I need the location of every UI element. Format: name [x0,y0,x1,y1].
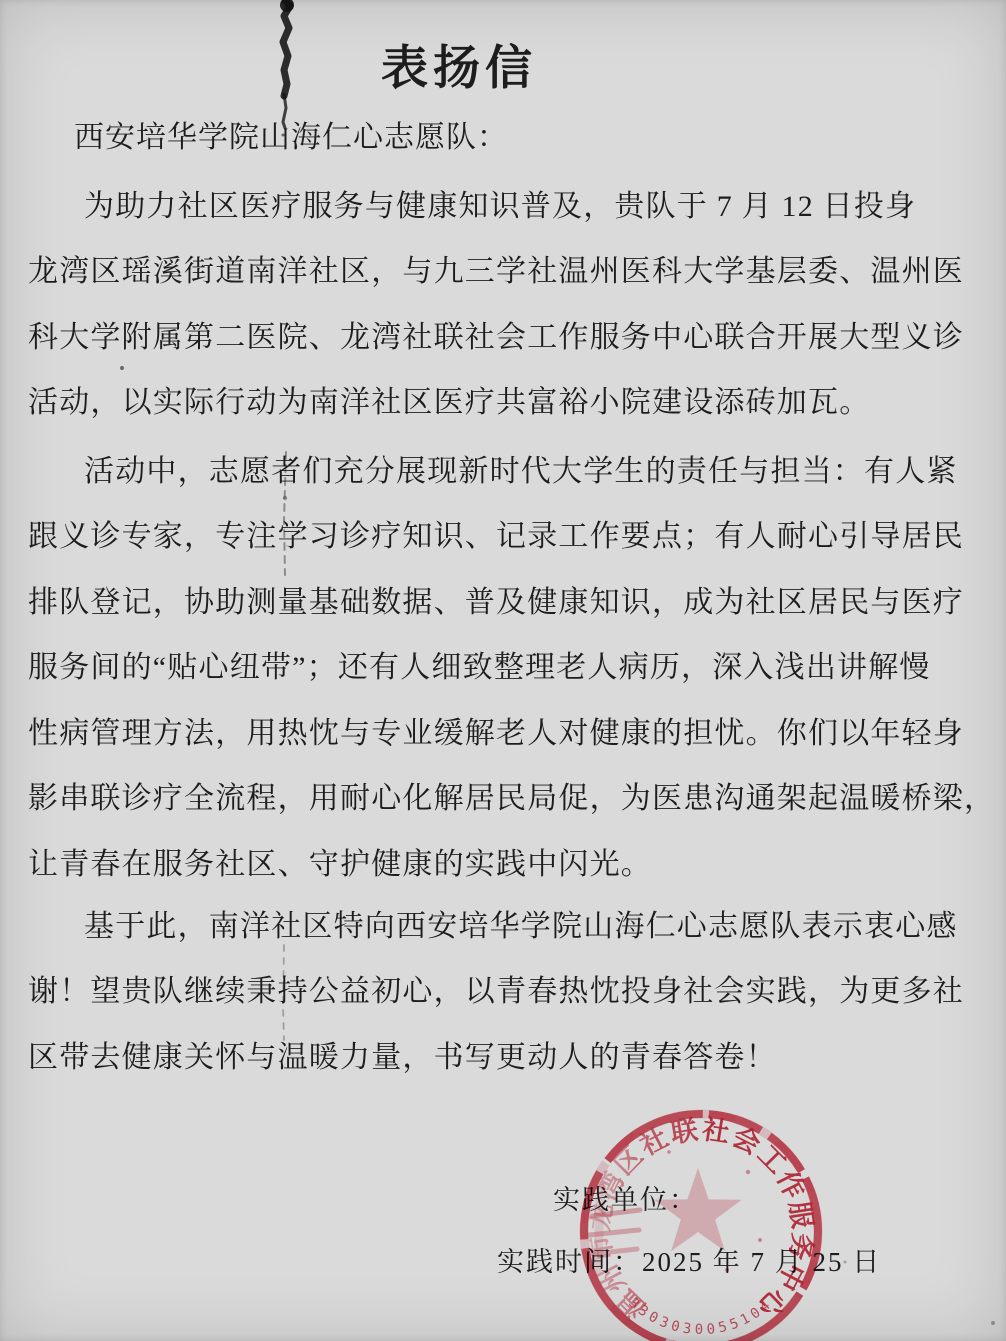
body-line: 科大学附属第二医院、龙湾社联社会工作服务中心联合开展大型义诊 [28,301,986,367]
seal-ring [584,1114,818,1341]
paragraph-2: 活动中，志愿者们充分展现新时代大学生的责任与担当：有人紧 跟义诊专家，专注学习诊… [28,435,986,894]
seal-serial-holder: 3303030055104 [625,1295,776,1338]
letter-salutation: 西安培华学院山海仁心志愿队： [74,112,508,156]
paragraph-3: 基于此，南洋社区特向西安培华学院山海仁心志愿队表示衷心感 谢！望贵队继续秉持公益… [28,890,986,1087]
body-line: 服务间的“贴心纽带”；还有人细致整理老人病历，深入浅出讲解慢 [28,632,986,698]
seal-ring-text: 温州市龙湾区社联社会工作服务中心 [584,1114,818,1324]
practice-date-line: 实践时间：2025 年 7 月 25 日 [497,1240,881,1279]
seal-ring-text-holder: 温州市龙湾区社联社会工作服务中心 [584,1114,818,1324]
body-line: 为助力社区医疗服务与健康知识普及，贵队于 7 月 12 日投身 [28,170,986,236]
body-line: 性病管理方法，用热忱与专业缓解老人对健康的担忧。你们以年轻身 [28,697,986,763]
seal-serial-number: 3303030055104 [625,1295,776,1338]
body-line: 活动，以实际行动为南洋社区医疗共富裕小院建设添砖加瓦。 [28,367,986,433]
body-line: 活动中，志愿者们充分展现新时代大学生的责任与担当：有人紧 [28,435,986,501]
body-line: 跟义诊专家，专注学习诊疗知识、记录工作要点；有人耐心引导居民 [28,501,986,567]
body-line: 区带去健康关怀与温暖力量，书写更动人的青春答卷！ [28,1021,986,1087]
body-line: 让青春在服务社区、守护健康的实践中闪光。 [28,828,986,894]
body-line: 排队登记，协助测量基础数据、普及健康知识，成为社区居民与医疗 [28,566,986,632]
paragraph-1: 为助力社区医疗服务与健康知识普及，贵队于 7 月 12 日投身 龙湾区瑶溪街道南… [28,170,986,432]
scanned-letter-page: 表扬信 西安培华学院山海仁心志愿队： 为助力社区医疗服务与健康知识普及，贵队于 … [0,0,1006,1341]
body-line: 谢！望贵队继续秉持公益初心，以青春热忱投身社会实践，为更多社 [28,956,986,1022]
practice-unit-label: 实践单位： [553,1178,698,1217]
body-line: 基于此，南洋社区特向西安培华学院山海仁心志愿队表示衷心感 [28,890,986,956]
body-line: 影串联诊疗全流程，用耐心化解居民局促，为医患沟通架起温暖桥梁， [28,763,986,829]
official-seal: 温州市龙湾区社联社会工作服务中心 3303030055104 [584,1114,818,1341]
body-line: 龙湾区瑶溪街道南洋社区，与九三学社温州医科大学基层委、温州医 [28,236,986,302]
letter-title: 表扬信 [381,31,537,98]
